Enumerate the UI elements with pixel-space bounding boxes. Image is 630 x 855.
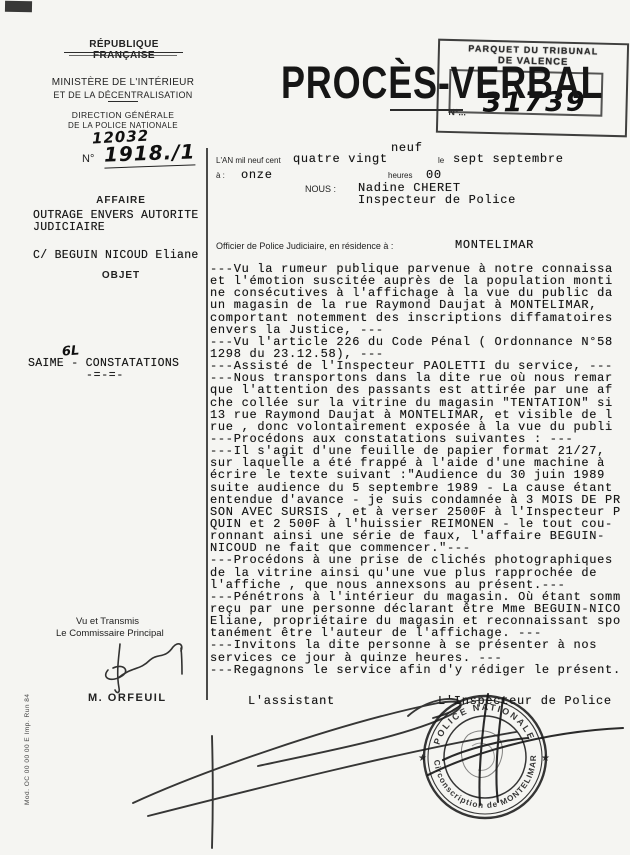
letterhead-direction-line1: DIRECTION GÉNÉRALE bbox=[62, 110, 184, 120]
scanned-proces-verbal-page: RÉPUBLIQUE FRANÇAISE MINISTÈRE DE L'INTÉ… bbox=[0, 0, 630, 855]
printed-lan-label: L'AN mil neuf cent bbox=[216, 156, 281, 165]
body-line: l'affiche , que nous annexsons au présen… bbox=[210, 579, 630, 591]
body-line: ---Invitons la dite personne à se présen… bbox=[210, 639, 630, 651]
ministry-underline bbox=[108, 101, 138, 102]
printed-nous-label: NOUS : bbox=[305, 184, 336, 194]
typed-officer-title: Inspecteur de Police bbox=[358, 193, 516, 207]
body-line: 13 rue Raymond Daujat à MONTELIMAR, et v… bbox=[210, 409, 630, 421]
transmit-line1: Vu et Transmis bbox=[76, 616, 139, 627]
letterhead-ministry-line2: ET DE LA DÉCENTRALISATION bbox=[40, 90, 206, 100]
against-line: C/ BEGUIN NICOUD Eliane bbox=[33, 249, 199, 262]
form-edge-print: Mod. OC 00 00 00 E Imp. Run 84 bbox=[24, 694, 31, 805]
letterhead-republic: RÉPUBLIQUE FRANÇAISE bbox=[63, 39, 185, 61]
typed-date: sept septembre bbox=[453, 152, 564, 166]
typed-hour: onze bbox=[241, 168, 273, 182]
body-line: comportant notemment des inscriptions di… bbox=[210, 312, 630, 324]
column-divider-rule bbox=[206, 148, 208, 700]
body-line: ---Regagnons le service afin d'y rédiger… bbox=[210, 664, 630, 676]
printed-heures-label: heures bbox=[388, 171, 412, 180]
page-title: PROCÈS-VERBAL bbox=[281, 57, 603, 109]
body-line: suite audience du 5 septembre 1989 - La … bbox=[210, 482, 630, 494]
stamp-star-right: ★ bbox=[541, 753, 550, 764]
printed-a-label: à : bbox=[216, 171, 225, 180]
title-underline bbox=[390, 109, 463, 111]
objet-dashes: -=-=- bbox=[86, 369, 124, 382]
residence-value: MONTELIMAR bbox=[455, 238, 534, 252]
residence-label: Officier de Police Judiciaire, en réside… bbox=[216, 241, 393, 251]
body-line: che collée sur la vitrine du magasin "TE… bbox=[210, 397, 630, 409]
numero-label: N° bbox=[82, 153, 94, 165]
typed-year: quatre vingt bbox=[293, 152, 388, 166]
body-line: écrire le texte suivant :"Audience du 30… bbox=[210, 469, 630, 481]
body-line: que l'attention des passants est attirée… bbox=[210, 384, 630, 396]
body-text: ---Vu la rumeur publique parvenue à notr… bbox=[210, 263, 630, 676]
typed-minutes: 00 bbox=[426, 168, 442, 182]
letterhead-ministry-line1: MINISTÈRE DE L'INTÉRIEUR bbox=[35, 77, 211, 88]
body-line: entendue d'avance - je suis condamnée à … bbox=[210, 494, 630, 506]
typed-year-sup: neuf bbox=[391, 141, 423, 155]
republic-underline-2 bbox=[69, 55, 177, 56]
printed-le-label: le bbox=[438, 156, 444, 165]
body-line: ---Procédons à une prise de clichés phot… bbox=[210, 554, 630, 566]
affaire-line2: JUDICIAIRE bbox=[33, 221, 105, 234]
body-line: un magasin de la rue Raymond Daujat à MO… bbox=[210, 299, 630, 311]
assistant-signature bbox=[108, 688, 538, 853]
republic-underline-1 bbox=[64, 52, 183, 53]
objet-label: OBJET bbox=[60, 270, 182, 281]
scan-corner-artifact bbox=[5, 1, 32, 12]
body-line: de la vitrine ainsi qu'une vue plus rapp… bbox=[210, 567, 630, 579]
affaire-label: AFFAIRE bbox=[60, 195, 182, 206]
body-line: services ce jour à quinze heures. --- bbox=[210, 652, 630, 664]
handwritten-numero-value: 1918./1 bbox=[104, 139, 196, 168]
